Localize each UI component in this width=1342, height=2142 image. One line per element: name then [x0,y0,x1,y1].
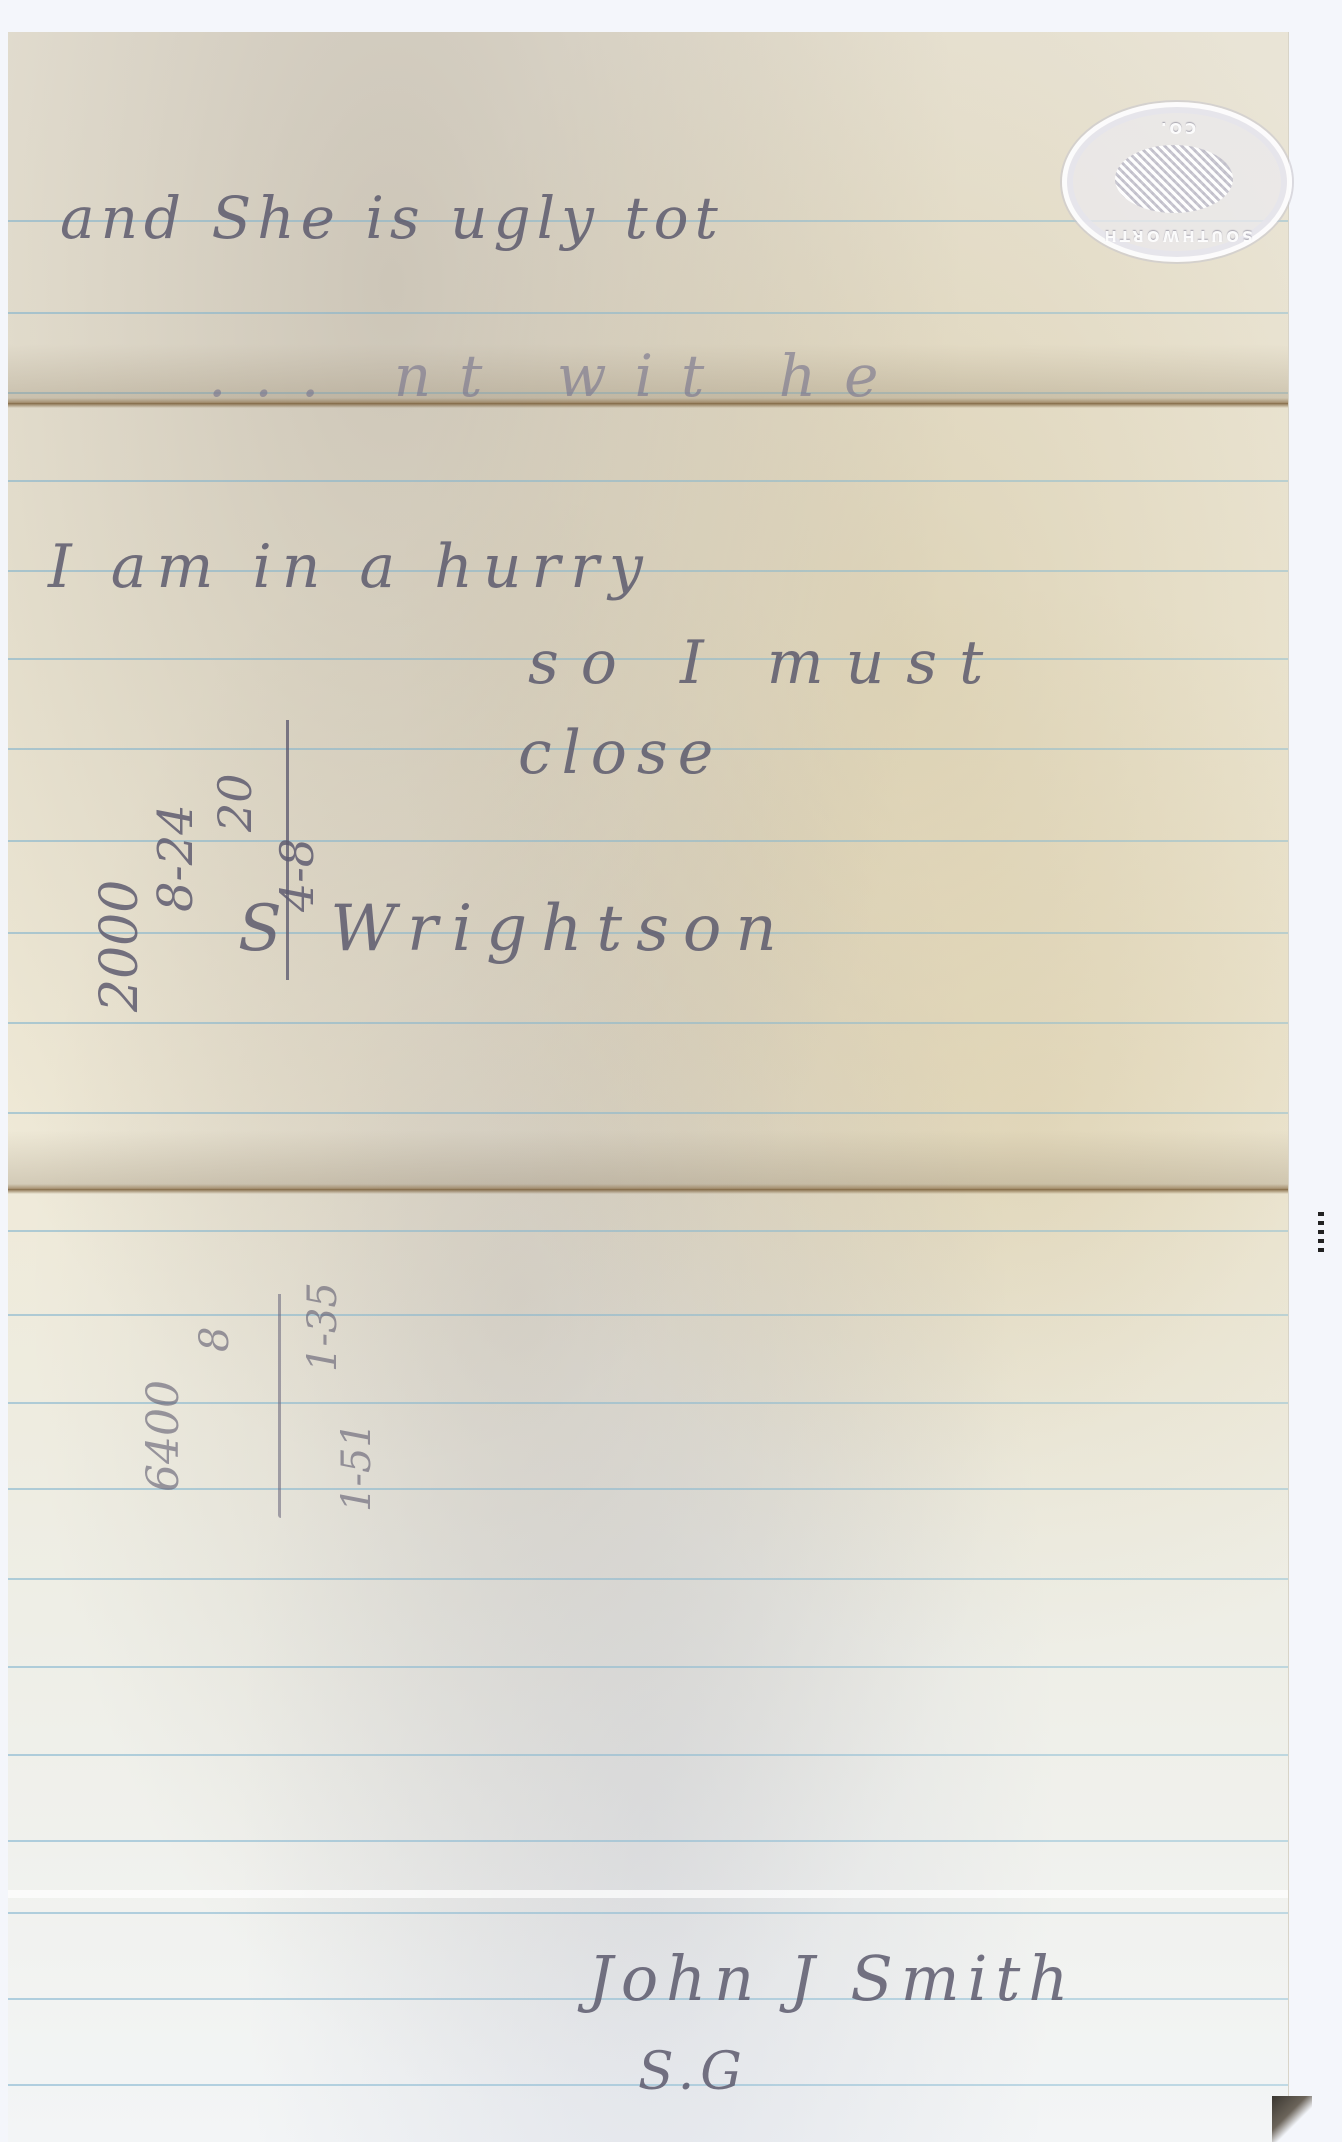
fold-line-3 [8,1890,1288,1898]
letter-line-faint: ... nt wit he [208,342,906,410]
ruled-line [8,1314,1288,1316]
pencil-calc: 8-24 [148,804,204,912]
ruled-line [8,480,1288,482]
fold-shadow [8,1130,1288,1190]
pencil-calc: 8 [192,1327,238,1352]
ruled-line [8,1840,1288,1842]
stamp-bottom-text: CO. [1067,119,1287,137]
ruled-line [8,1912,1288,1914]
signature-john-smith: John J Smith [588,1942,1076,2015]
ruled-line [8,1402,1288,1404]
letter-line: and She is ugly tot [60,184,724,252]
scan-edge-mark [1318,1212,1324,1252]
fold-line-2 [8,1184,1288,1194]
ruled-line [8,1578,1288,1580]
ruled-line [8,1666,1288,1668]
stamp-crosshatch [1115,145,1233,213]
ruled-line [8,1112,1288,1114]
ruled-line [8,1230,1288,1232]
pencil-calc: 2000 [90,880,150,1012]
postscript-initials: S.G [638,2042,748,2102]
pencil-calc: 4-8 [270,838,324,912]
letter-line: I am in a hurry [48,532,653,602]
letter-line: so I must [528,628,1005,698]
ruled-line [8,1022,1288,1024]
calc-divider [278,1294,281,1518]
calc-divider [286,720,289,980]
ruled-line [8,1488,1288,1490]
embossed-stationer-stamp: SOUTHWORTH CO. [1062,102,1292,262]
pencil-calc: 1-35 [300,1282,346,1372]
pencil-calc: 1-51 [334,1422,380,1512]
pencil-calc: 6400 [138,1380,189,1492]
letter-line: close [518,718,723,788]
ruled-line [8,312,1288,314]
ruled-line [8,1754,1288,1756]
stamp-top-text: SOUTHWORTH [1067,227,1287,245]
pencil-calc: 20 [208,773,262,832]
letter-paper: SOUTHWORTH CO. and She is ugly tot ... n… [8,32,1288,2142]
torn-corner [1272,2096,1312,2142]
